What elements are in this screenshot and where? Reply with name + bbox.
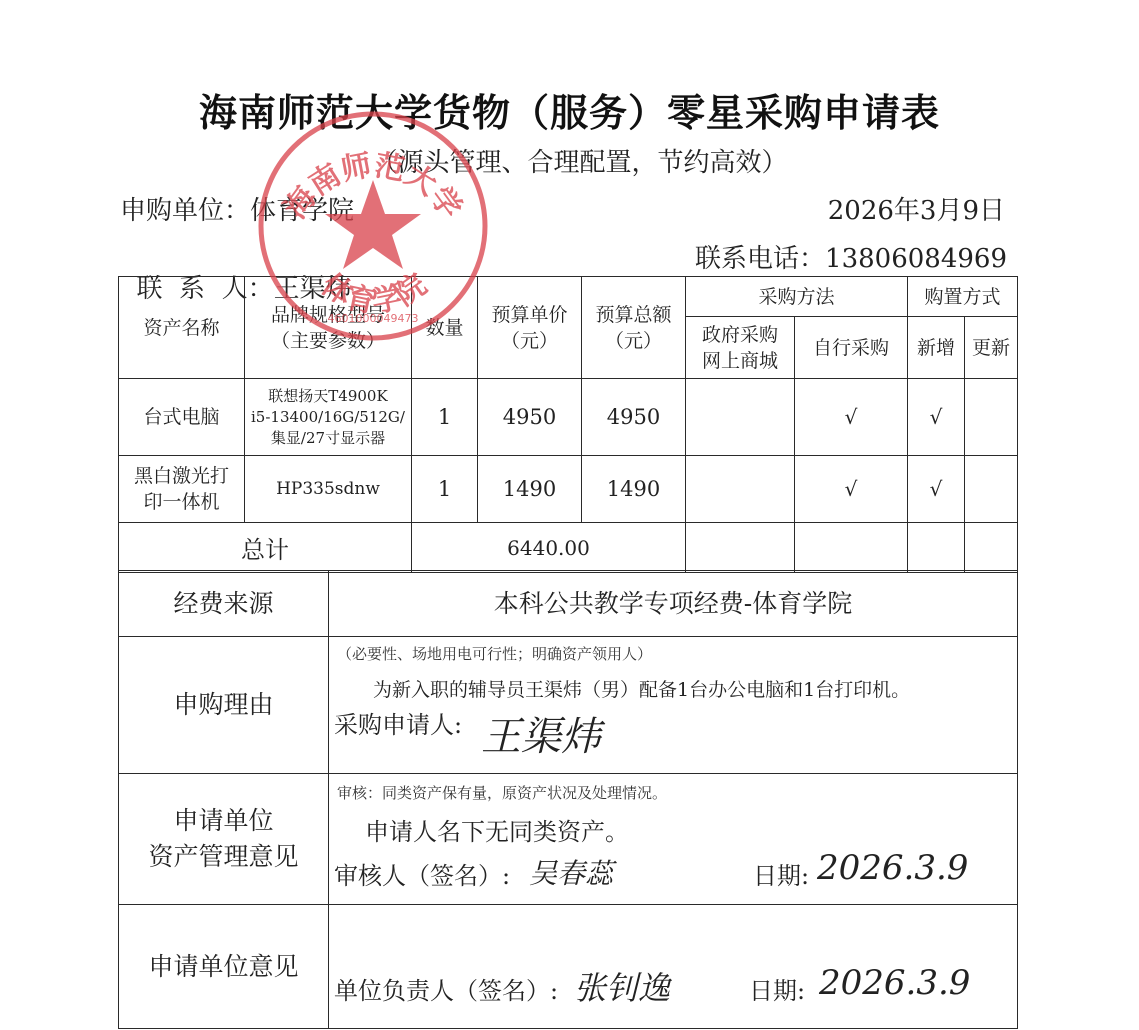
row2-new-check-icon: √: [908, 456, 965, 523]
table-row: 黑白激光打 印一体机 HP335sdnw 1 1490 1490 √ √: [119, 456, 1018, 523]
applicant-signature: 王渠炜: [481, 705, 601, 762]
phone-line: 联系电话：13806084969: [695, 238, 1007, 275]
header-new: 新增: [908, 317, 965, 379]
reviewer-signature-label: 审核人（签名）:: [334, 856, 510, 891]
asset-review-label-line2: 资产管理意见: [119, 839, 328, 875]
total-renew: [965, 523, 1018, 573]
total-self-purchase: [795, 523, 908, 573]
row2-self-purchase-check-icon: √: [795, 456, 908, 523]
asset-review-cell: 审核：同类资产保有量，原资产状况及处理情况。 申请人名下无同类资产。 审核人（签…: [329, 774, 1018, 905]
row2-asset-name: 黑白激光打 印一体机: [119, 456, 245, 523]
asset-review-label: 申请单位 资产管理意见: [119, 774, 329, 905]
applicant-unit-line: 申购单位：体育学院: [120, 190, 354, 227]
total-row: 总计 6440.00: [119, 523, 1018, 573]
header-unit-price-line1: 预算单价: [478, 302, 581, 328]
reason-cell: （必要性、场地用电可行性；明确资产领用人） 为新入职的辅导员王渠炜（男）配备1台…: [329, 637, 1018, 774]
funding-value: 本科公共教学专项经费-体育学院: [329, 571, 1018, 637]
unit-opinion-cell: 单位负责人（签名）: 张钊逸 日期: 2026.3.9: [329, 905, 1018, 1029]
row1-new-check-icon: √: [908, 379, 965, 456]
form-title: 海南师范大学货物（服务）零星采购申请表: [0, 82, 1139, 137]
unit-head-signature: 张钊逸: [574, 963, 670, 1009]
row1-spec-line1: 联想扬天T4900K: [245, 386, 411, 407]
header-quantity: 数量: [412, 277, 478, 379]
row1-spec-line2: i5-13400/16G/512G/: [245, 407, 411, 428]
unit-opinion-date-label: 日期:: [749, 971, 805, 1006]
total-label: 总计: [119, 523, 412, 573]
header-procurement-method: 采购方法: [686, 277, 908, 317]
form-subtitle: （源头管理、合理配置，节约高效）: [0, 142, 1139, 179]
row2-asset-name-line1: 黑白激光打: [119, 463, 244, 489]
applicant-unit-label: 申购单位：: [120, 196, 250, 226]
total-gov-mall: [686, 523, 795, 573]
row2-quantity: 1: [412, 456, 478, 523]
row1-total-price: 4950: [582, 379, 686, 456]
phone-value: 13806084969: [825, 244, 1007, 274]
applicant-signature-label: 采购申请人:: [334, 705, 462, 740]
total-new: [908, 523, 965, 573]
row2-unit-price: 1490: [478, 456, 582, 523]
asset-review-opinion: 申请人名下无同类资产。: [365, 812, 629, 847]
header-brand-spec-line1: 品牌规格型号: [245, 302, 411, 328]
reason-text: 为新入职的辅导员王渠炜（男）配备1台办公电脑和1台打印机。: [373, 675, 910, 702]
row2-total-price: 1490: [582, 456, 686, 523]
header-brand-spec: 品牌规格型号 （主要参数）: [245, 277, 412, 379]
reason-label: 申购理由: [119, 637, 329, 774]
phone-label: 联系电话：: [695, 244, 825, 274]
table-row: 台式电脑 联想扬天T4900K i5-13400/16G/512G/ 集显/27…: [119, 379, 1018, 456]
row1-renew: [965, 379, 1018, 456]
review-date-value: 2026.3.9: [817, 848, 968, 888]
reason-hint: （必要性、场地用电可行性；明确资产领用人）: [337, 643, 652, 664]
header-gov-mall-line2: 网上商城: [686, 348, 794, 374]
row1-self-purchase-check-icon: √: [795, 379, 908, 456]
asset-review-hint: 审核：同类资产保有量，原资产状况及处理情况。: [337, 782, 667, 803]
header-total-price: 预算总额 （元）: [582, 277, 686, 379]
header-gov-mall: 政府采购 网上商城: [686, 317, 795, 379]
row2-gov-mall: [686, 456, 795, 523]
header-self-purchase: 自行采购: [795, 317, 908, 379]
total-value: 6440.00: [412, 523, 686, 573]
header-unit-price: 预算单价 （元）: [478, 277, 582, 379]
header-gov-mall-line1: 政府采购: [686, 322, 794, 348]
reviewer-signature: 吴春蕊: [529, 852, 613, 892]
asset-review-label-line1: 申请单位: [119, 803, 328, 839]
row1-asset-name: 台式电脑: [119, 379, 245, 456]
unit-opinion-date-value: 2026.3.9: [819, 963, 970, 1003]
row2-renew: [965, 456, 1018, 523]
unit-head-signature-label: 单位负责人（签名）:: [334, 971, 558, 1006]
header-asset-name: 资产名称: [119, 277, 245, 379]
header-brand-spec-line2: （主要参数）: [245, 328, 411, 354]
unit-opinion-label: 申请单位意见: [119, 905, 329, 1029]
form-date: 2026年3月9日: [828, 190, 1005, 227]
row1-gov-mall: [686, 379, 795, 456]
approval-table: 经费来源 本科公共教学专项经费-体育学院 申购理由 （必要性、场地用电可行性；明…: [118, 570, 1018, 1029]
header-total-price-line2: （元）: [582, 328, 685, 354]
header-purchase-type: 购置方式: [908, 277, 1018, 317]
review-date-label: 日期:: [753, 856, 809, 891]
row2-spec: HP335sdnw: [245, 456, 412, 523]
row1-spec-line3: 集显/27寸显示器: [245, 428, 411, 449]
row1-unit-price: 4950: [478, 379, 582, 456]
header-total-price-line1: 预算总额: [582, 302, 685, 328]
row2-asset-name-line2: 印一体机: [119, 489, 244, 515]
header-renew: 更新: [965, 317, 1018, 379]
row1-spec: 联想扬天T4900K i5-13400/16G/512G/ 集显/27寸显示器: [245, 379, 412, 456]
header-unit-price-line2: （元）: [478, 328, 581, 354]
applicant-unit-value: 体育学院: [250, 196, 354, 226]
row1-quantity: 1: [412, 379, 478, 456]
items-table: 资产名称 品牌规格型号 （主要参数） 数量 预算单价 （元） 预算总额 （元） …: [118, 276, 1018, 573]
funding-label: 经费来源: [119, 571, 329, 637]
